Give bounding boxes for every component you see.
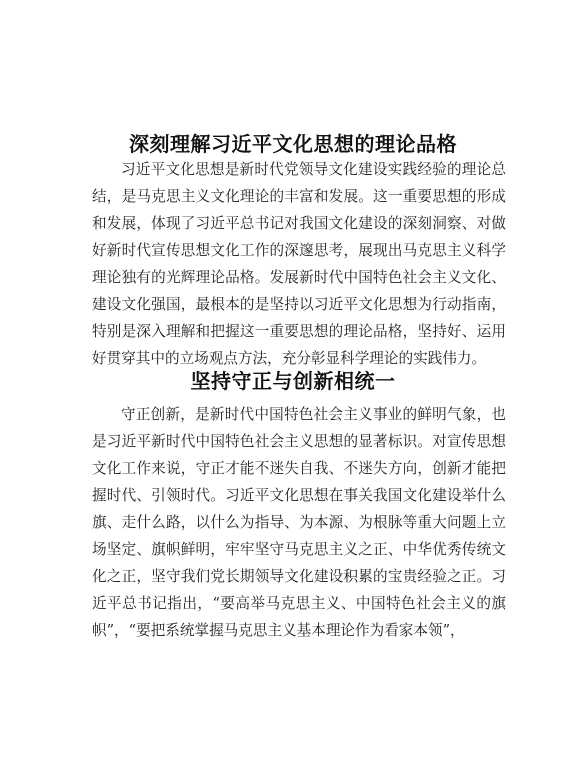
- text-line: 好新时代宣传思想文化工作的深邃思考，展现出马克思主义科学: [92, 237, 506, 264]
- text-line: 近平总书记指出，“要高举马克思主义、中国特色社会主义的旗: [92, 590, 506, 617]
- text-line: 理论独有的光辉理论品格。发展新时代中国特色社会主义文化、: [92, 264, 506, 291]
- text-line: 特别是深入理解和把握这一重要思想的理论品格，坚持好、运用: [92, 318, 506, 345]
- text-line: 习近平文化思想是新时代党领导文化建设实践经验的理论总: [92, 156, 506, 183]
- section-heading: 深刻理解习近平文化思想的理论品格: [0, 132, 586, 156]
- text-line: 建设文化强国，最根本的是坚持以习近平文化思想为行动指南，: [92, 291, 506, 318]
- text-line: 文化工作来说，守正才能不迷失自我、不迷失方向，创新才能把: [92, 455, 506, 482]
- text-line: 是习近平新时代中国特色社会主义思想的显著标识。对宣传思想: [92, 428, 506, 455]
- text-line: 守正创新，是新时代中国特色社会主义事业的鲜明气象，也: [92, 401, 506, 428]
- text-line: 和发展，体现了习近平总书记对我国文化建设的深刻洞察、对做: [92, 210, 506, 237]
- section-heading: 坚持守正与创新相统一: [0, 369, 586, 393]
- text-line: 握时代、引领时代。习近平文化思想在事关我国文化建设举什么: [92, 482, 506, 509]
- text-line: 化之正，坚守我们党长期领导文化建设积累的宝贵经验之正。习: [92, 563, 506, 590]
- paragraph: 守正创新，是新时代中国特色社会主义事业的鲜明气象，也 是习近平新时代中国特色社会…: [92, 401, 506, 644]
- text-line: 帜”，“要把系统掌握马克思主义基本理论作为看家本领”，: [92, 617, 506, 644]
- paragraph: 习近平文化思想是新时代党领导文化建设实践经验的理论总 结，是马克思主义文化理论的…: [92, 156, 506, 372]
- text-line: 结，是马克思主义文化理论的丰富和发展。这一重要思想的形成: [92, 183, 506, 210]
- text-line: 场坚定、旗帜鲜明，牢牢坚守马克思主义之正、中华优秀传统文: [92, 536, 506, 563]
- text-line: 好贯穿其中的立场观点方法，充分彰显科学理论的实践伟力。: [92, 345, 506, 372]
- text-line: 旗、走什么路，以什么为指导、为本源、为根脉等重大问题上立: [92, 509, 506, 536]
- document-page: 深刻理解习近平文化思想的理论品格 习近平文化思想是新时代党领导文化建设实践经验的…: [0, 0, 586, 759]
